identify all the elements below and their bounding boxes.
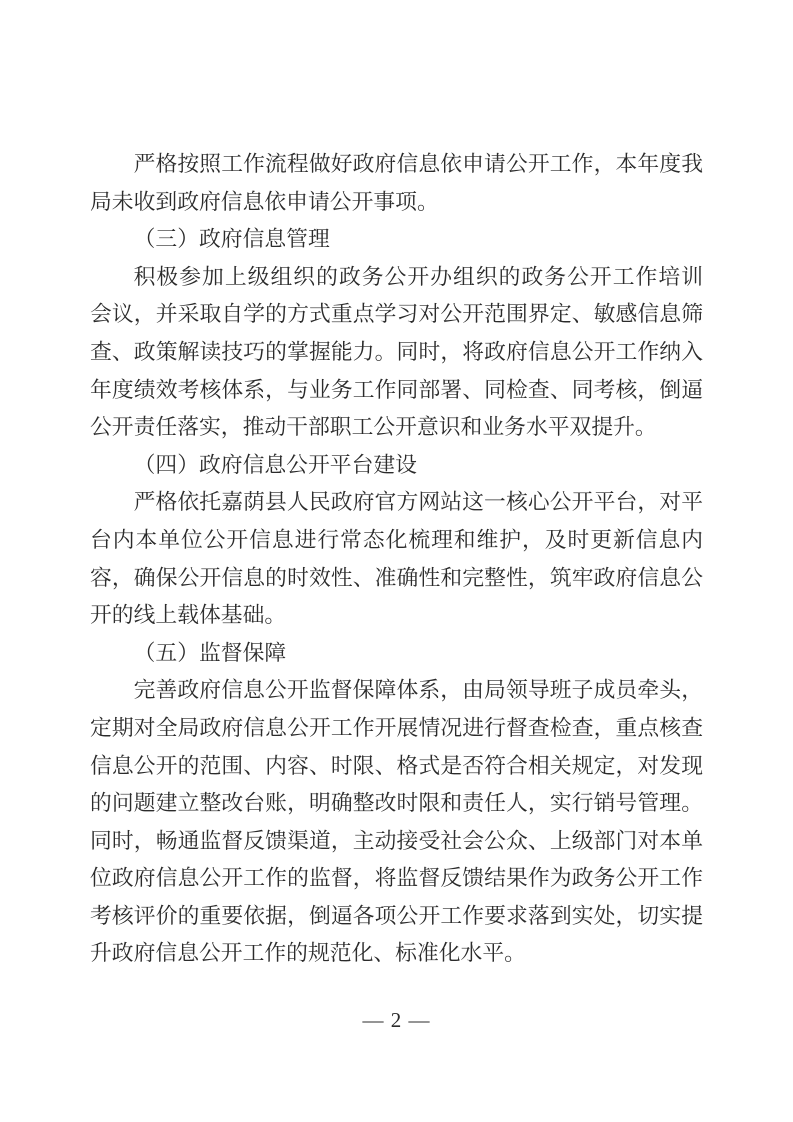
document-page: 严格按照工作流程做好政府信息依申请公开工作，本年度我局未收到政府信息依申请公开事… (0, 0, 793, 1122)
text-line: 的问题建立整改台账，明确整改时限和责任人，实行销号管理。 (90, 785, 703, 823)
text-line: 信息公开的范围、内容、时限、格式是否符合相关规定，对发现 (90, 748, 703, 786)
page-footer: — 2 — (0, 1003, 793, 1037)
heading-section-4: （四）政府信息公开平台建设 (90, 447, 703, 485)
text-line: 年度绩效考核体系，与业务工作同部署、同检查、同考核，倒逼 (90, 372, 703, 410)
document-body: 严格按照工作流程做好政府信息依申请公开工作，本年度我局未收到政府信息依申请公开事… (90, 146, 703, 973)
text-line: 台内本单位公开信息进行常态化梳理和维护，及时更新信息内 (90, 522, 703, 560)
text-line: 局未收到政府信息依申请公开事项。 (90, 184, 703, 222)
text-line: 严格依托嘉荫县人民政府官方网站这一核心公开平台，对平 (90, 484, 703, 522)
text-line: 完善政府信息公开监督保障体系，由局领导班子成员牵头， (90, 672, 703, 710)
text-line: 同时，畅通监督反馈渠道，主动接受社会公众、上级部门对本单 (90, 823, 703, 861)
text-line: 考核评价的重要依据，倒逼各项公开工作要求落到实处，切实提 (90, 898, 703, 936)
text-line: 容，确保公开信息的时效性、准确性和完整性，筑牢政府信息公 (90, 560, 703, 598)
text-line: 开的线上载体基础。 (90, 597, 703, 635)
page-number: — 2 — (363, 1008, 431, 1032)
text-line: 升政府信息公开工作的规范化、标准化水平。 (90, 935, 703, 973)
text-line: 公开责任落实，推动干部职工公开意识和业务水平双提升。 (90, 409, 703, 447)
text-line: 位政府信息公开工作的监督，将监督反馈结果作为政务公开工作 (90, 860, 703, 898)
text-line: 会议，并采取自学的方式重点学习对公开范围界定、敏感信息筛 (90, 296, 703, 334)
text-line: 积极参加上级组织的政务公开办组织的政务公开工作培训 (90, 259, 703, 297)
text-line: 严格按照工作流程做好政府信息依申请公开工作，本年度我 (90, 146, 703, 184)
heading-section-5: （五）监督保障 (90, 635, 703, 673)
text-line: 查、政策解读技巧的掌握能力。同时，将政府信息公开工作纳入 (90, 334, 703, 372)
text-line: 定期对全局政府信息公开工作开展情况进行督查检查，重点核查 (90, 710, 703, 748)
heading-section-3: （三）政府信息管理 (90, 221, 703, 259)
